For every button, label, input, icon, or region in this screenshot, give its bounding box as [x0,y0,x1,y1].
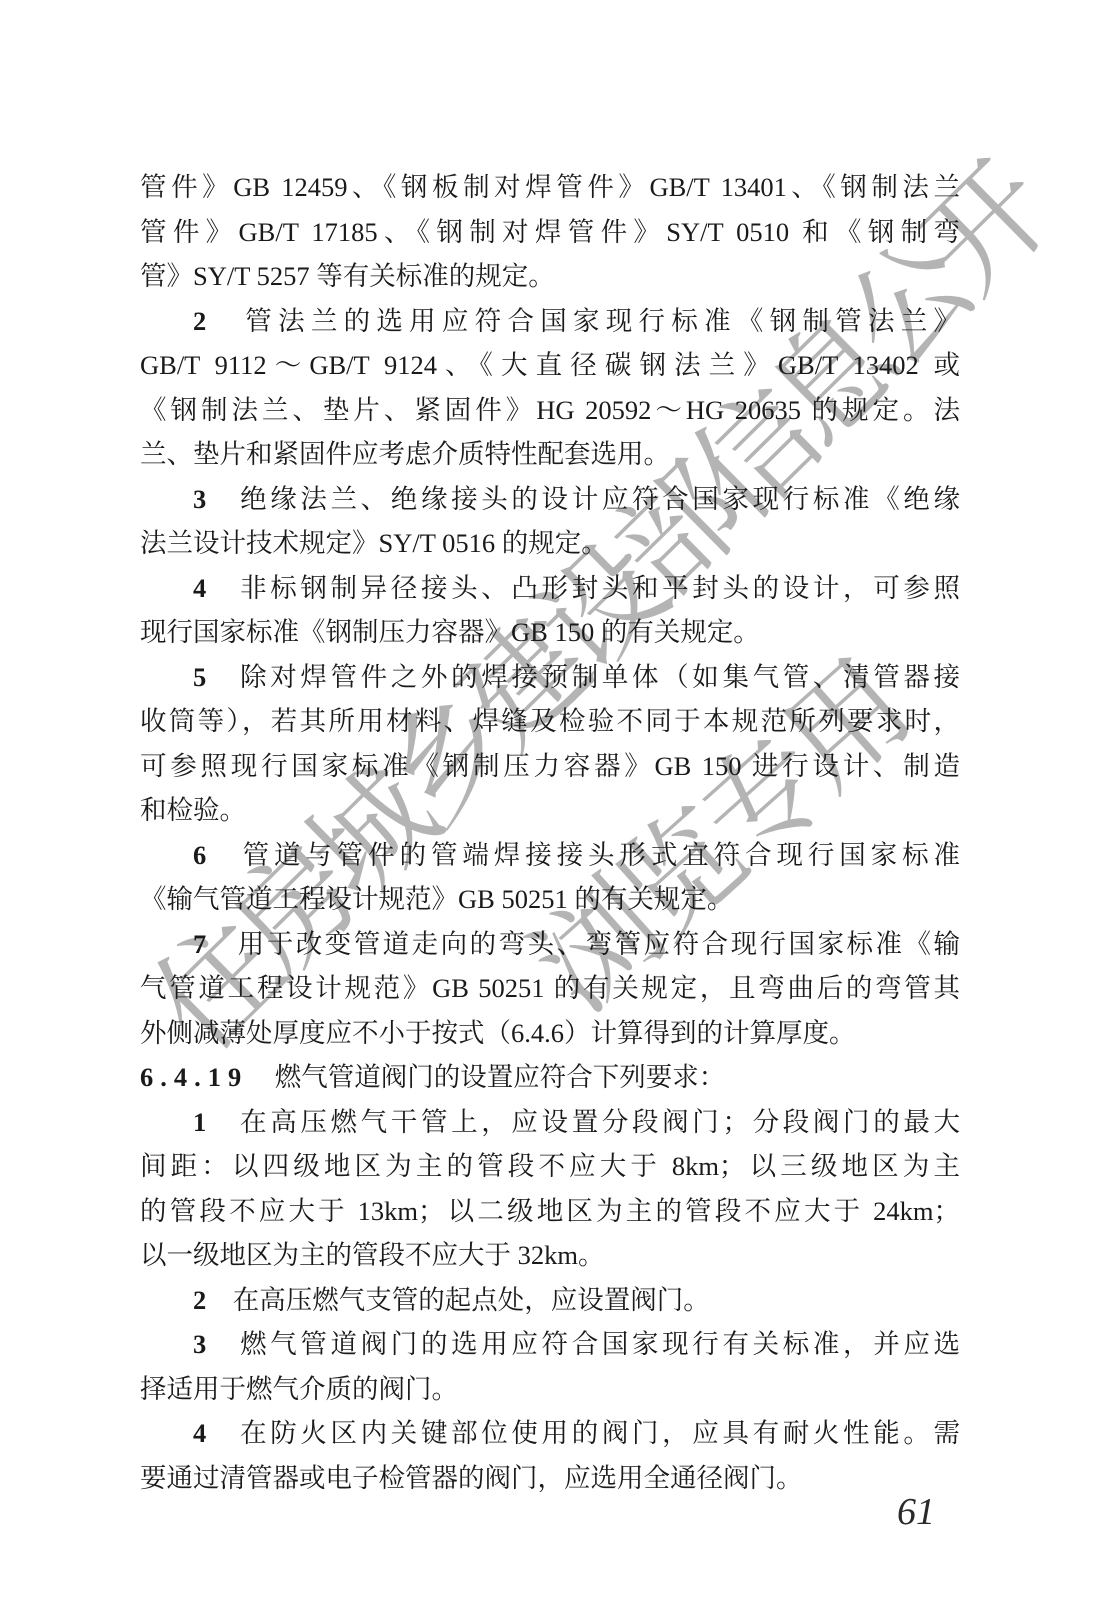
text-line: 1 在高压燃气干管上，应设置分段阀门；分段阀门的最大 [140,1100,960,1145]
text-line: 2 管法兰的选用应符合国家现行标准《钢制管法兰》 [140,299,960,344]
item-number: 2 [193,1285,206,1315]
text-line: 5 除对焊管件之外的焊接预制单体（如集气管、清管器接 [140,655,960,700]
text-line: 以一级地区为主的管段不应大于 32km。 [140,1233,960,1278]
page-number: 61 [897,1490,935,1534]
text-line: 管件》GB 12459、《钢板制对焊管件》GB/T 13401、《钢制法兰 [140,165,960,210]
item-number: 4 [193,573,206,603]
item-number: 7 [193,929,206,959]
text-line: 现行国家标准《钢制压力容器》GB 150 的有关规定。 [140,610,960,655]
text-line: 4 在防火区内关键部位使用的阀门，应具有耐火性能。需 [140,1411,960,1456]
text-line: 2 在高压燃气支管的起点处，应设置阀门。 [140,1278,960,1323]
item-number: 1 [193,1107,206,1137]
text-line: 和检验。 [140,788,960,833]
text-line: 可参照现行国家标准《钢制压力容器》GB 150 进行设计、制造 [140,744,960,789]
item-number: 3 [193,1329,206,1359]
text-line: 气管道工程设计规范》GB 50251 的有关规定，且弯曲后的弯管其 [140,966,960,1011]
text-line: 要通过清管器或电子检管器的阀门，应选用全通径阀门。 [140,1456,960,1501]
item-number: 2 [193,306,206,336]
text-line: 外侧减薄处厚度应不小于按式（6.4.6）计算得到的计算厚度。 [140,1011,960,1056]
text-line: 的管段不应大于 13km；以二级地区为主的管段不应大于 24km； [140,1189,960,1234]
text-line: 《钢制法兰、垫片、紧固件》HG 20592～HG 20635 的规定。法 [140,388,960,433]
text-line: 间距：以四级地区为主的管段不应大于 8km；以三级地区为主 [140,1144,960,1189]
item-number: 5 [193,662,206,692]
text-line: 择适用于燃气介质的阀门。 [140,1367,960,1412]
text-line: 3 燃气管道阀门的选用应符合国家现行有关标准，并应选 [140,1322,960,1367]
text-line: GB/T 9112～GB/T 9124、《大直径碳钢法兰》GB/T 13402 … [140,343,960,388]
text-line: 6 管道与管件的管端焊接接头形式宜符合现行国家标准 [140,833,960,878]
text-line: 7 用于改变管道走向的弯头、弯管应符合现行国家标准《输 [140,922,960,967]
text-line: 兰、垫片和紧固件应考虑介质特性配套选用。 [140,432,960,477]
text-line: 管》SY/T 5257 等有关标准的规定。 [140,254,960,299]
text-line: 3 绝缘法兰、绝缘接头的设计应符合国家现行标准《绝缘 [140,477,960,522]
item-number: 3 [193,484,206,514]
text-line: 管件》GB/T 17185、《钢制对焊管件》SY/T 0510 和《钢制弯 [140,210,960,255]
document-page: 住房城乡建设部信息公开 浏览专用 管件》GB 12459、《钢板制对焊管件》GB… [0,0,1103,1598]
text-line: 4 非标钢制异径接头、凸形封头和平封头的设计，可参照 [140,566,960,611]
section-heading-line: 6.4.19 燃气管道阀门的设置应符合下列要求： [140,1055,960,1100]
text-line: 《输气管道工程设计规范》GB 50251 的有关规定。 [140,877,960,922]
text-line: 收筒等），若其所用材料、焊缝及检验不同于本规范所列要求时， [140,699,960,744]
text-line: 法兰设计技术规定》SY/T 0516 的规定。 [140,521,960,566]
item-number: 4 [193,1418,206,1448]
section-number: 6.4.19 [140,1062,248,1092]
item-number: 6 [193,840,206,870]
text-block: 管件》GB 12459、《钢板制对焊管件》GB/T 13401、《钢制法兰管件》… [140,165,960,1500]
